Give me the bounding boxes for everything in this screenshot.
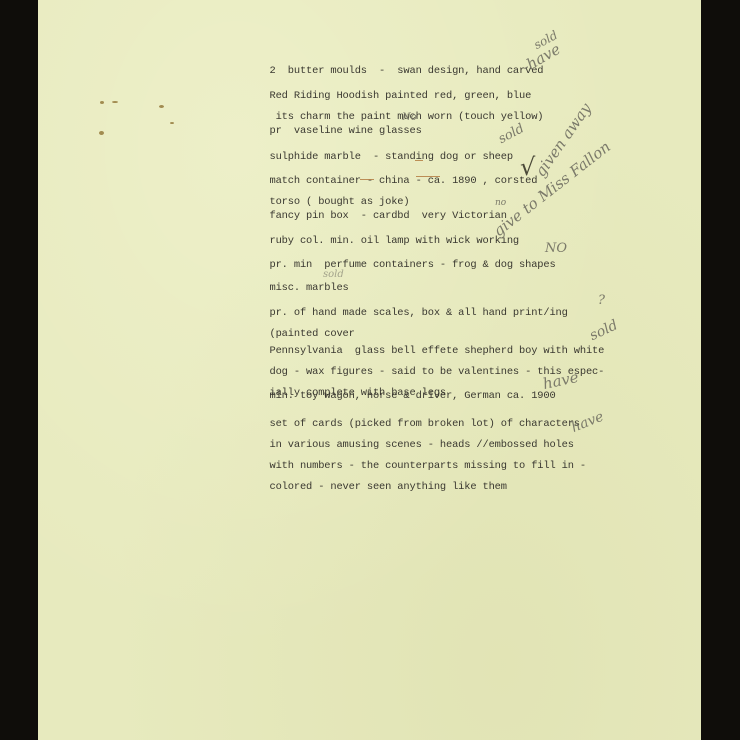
entry-line: ruby col. min. oil lamp with wick workin…	[270, 235, 520, 247]
orange-underline	[416, 176, 440, 177]
ink-dot	[112, 101, 118, 103]
entry-line: min. toy wagon, horse & driver, German c…	[270, 390, 556, 402]
entry-line: misc. marbles	[270, 282, 349, 294]
entry-line: 2 butter moulds - swan design, hand carv…	[270, 65, 544, 77]
entry-line: fancy pin box - cardbd very Victorian	[270, 210, 507, 222]
entry-set-of-cards: set of cards (picked from broken lot) of…	[233, 408, 586, 503]
ink-dot	[100, 101, 104, 104]
entry-line: pr vaseline wine glasses	[270, 125, 422, 137]
entry-line: sulphide marble - standing dog or sheep	[270, 151, 513, 163]
typewritten-page: 2 butter moulds - swan design, hand carv…	[38, 0, 701, 740]
note-pinbox-no: no	[495, 198, 506, 208]
ink-dot	[170, 122, 174, 124]
entry-line: set of cards (picked from broken lot) of…	[270, 418, 580, 430]
entry-line: with numbers - the counterparts missing …	[270, 460, 586, 472]
note-perfume-no: NO	[545, 241, 567, 256]
ink-dot	[159, 105, 164, 108]
entry-toy-wagon: min. toy wagon, horse & driver, German c…	[233, 380, 556, 412]
note-scales-question: ?	[598, 293, 605, 308]
entry-line: Pennsylvania glass bell effete shepherd …	[270, 345, 605, 357]
note-marbles-sold: sold	[323, 269, 344, 280]
entry-line: in various amusing scenes - heads //embo…	[270, 439, 574, 451]
orange-underline	[415, 160, 423, 161]
entry-line: Red Riding Hoodish painted red, green, b…	[270, 90, 532, 102]
scan-frame: 2 butter moulds - swan design, hand carv…	[0, 0, 740, 740]
entry-line: match container - china - ca. 1890 , cor…	[270, 175, 538, 187]
entry-line: pr. of hand made scales, box & all hand …	[270, 307, 568, 319]
note-vaseline-no: No	[402, 112, 417, 123]
orange-underline	[360, 179, 374, 180]
entry-line: pr. min perfume containers - frog & dog …	[270, 259, 556, 271]
entry-line: colored - never seen anything like them	[270, 481, 507, 493]
ink-dot	[99, 131, 104, 135]
